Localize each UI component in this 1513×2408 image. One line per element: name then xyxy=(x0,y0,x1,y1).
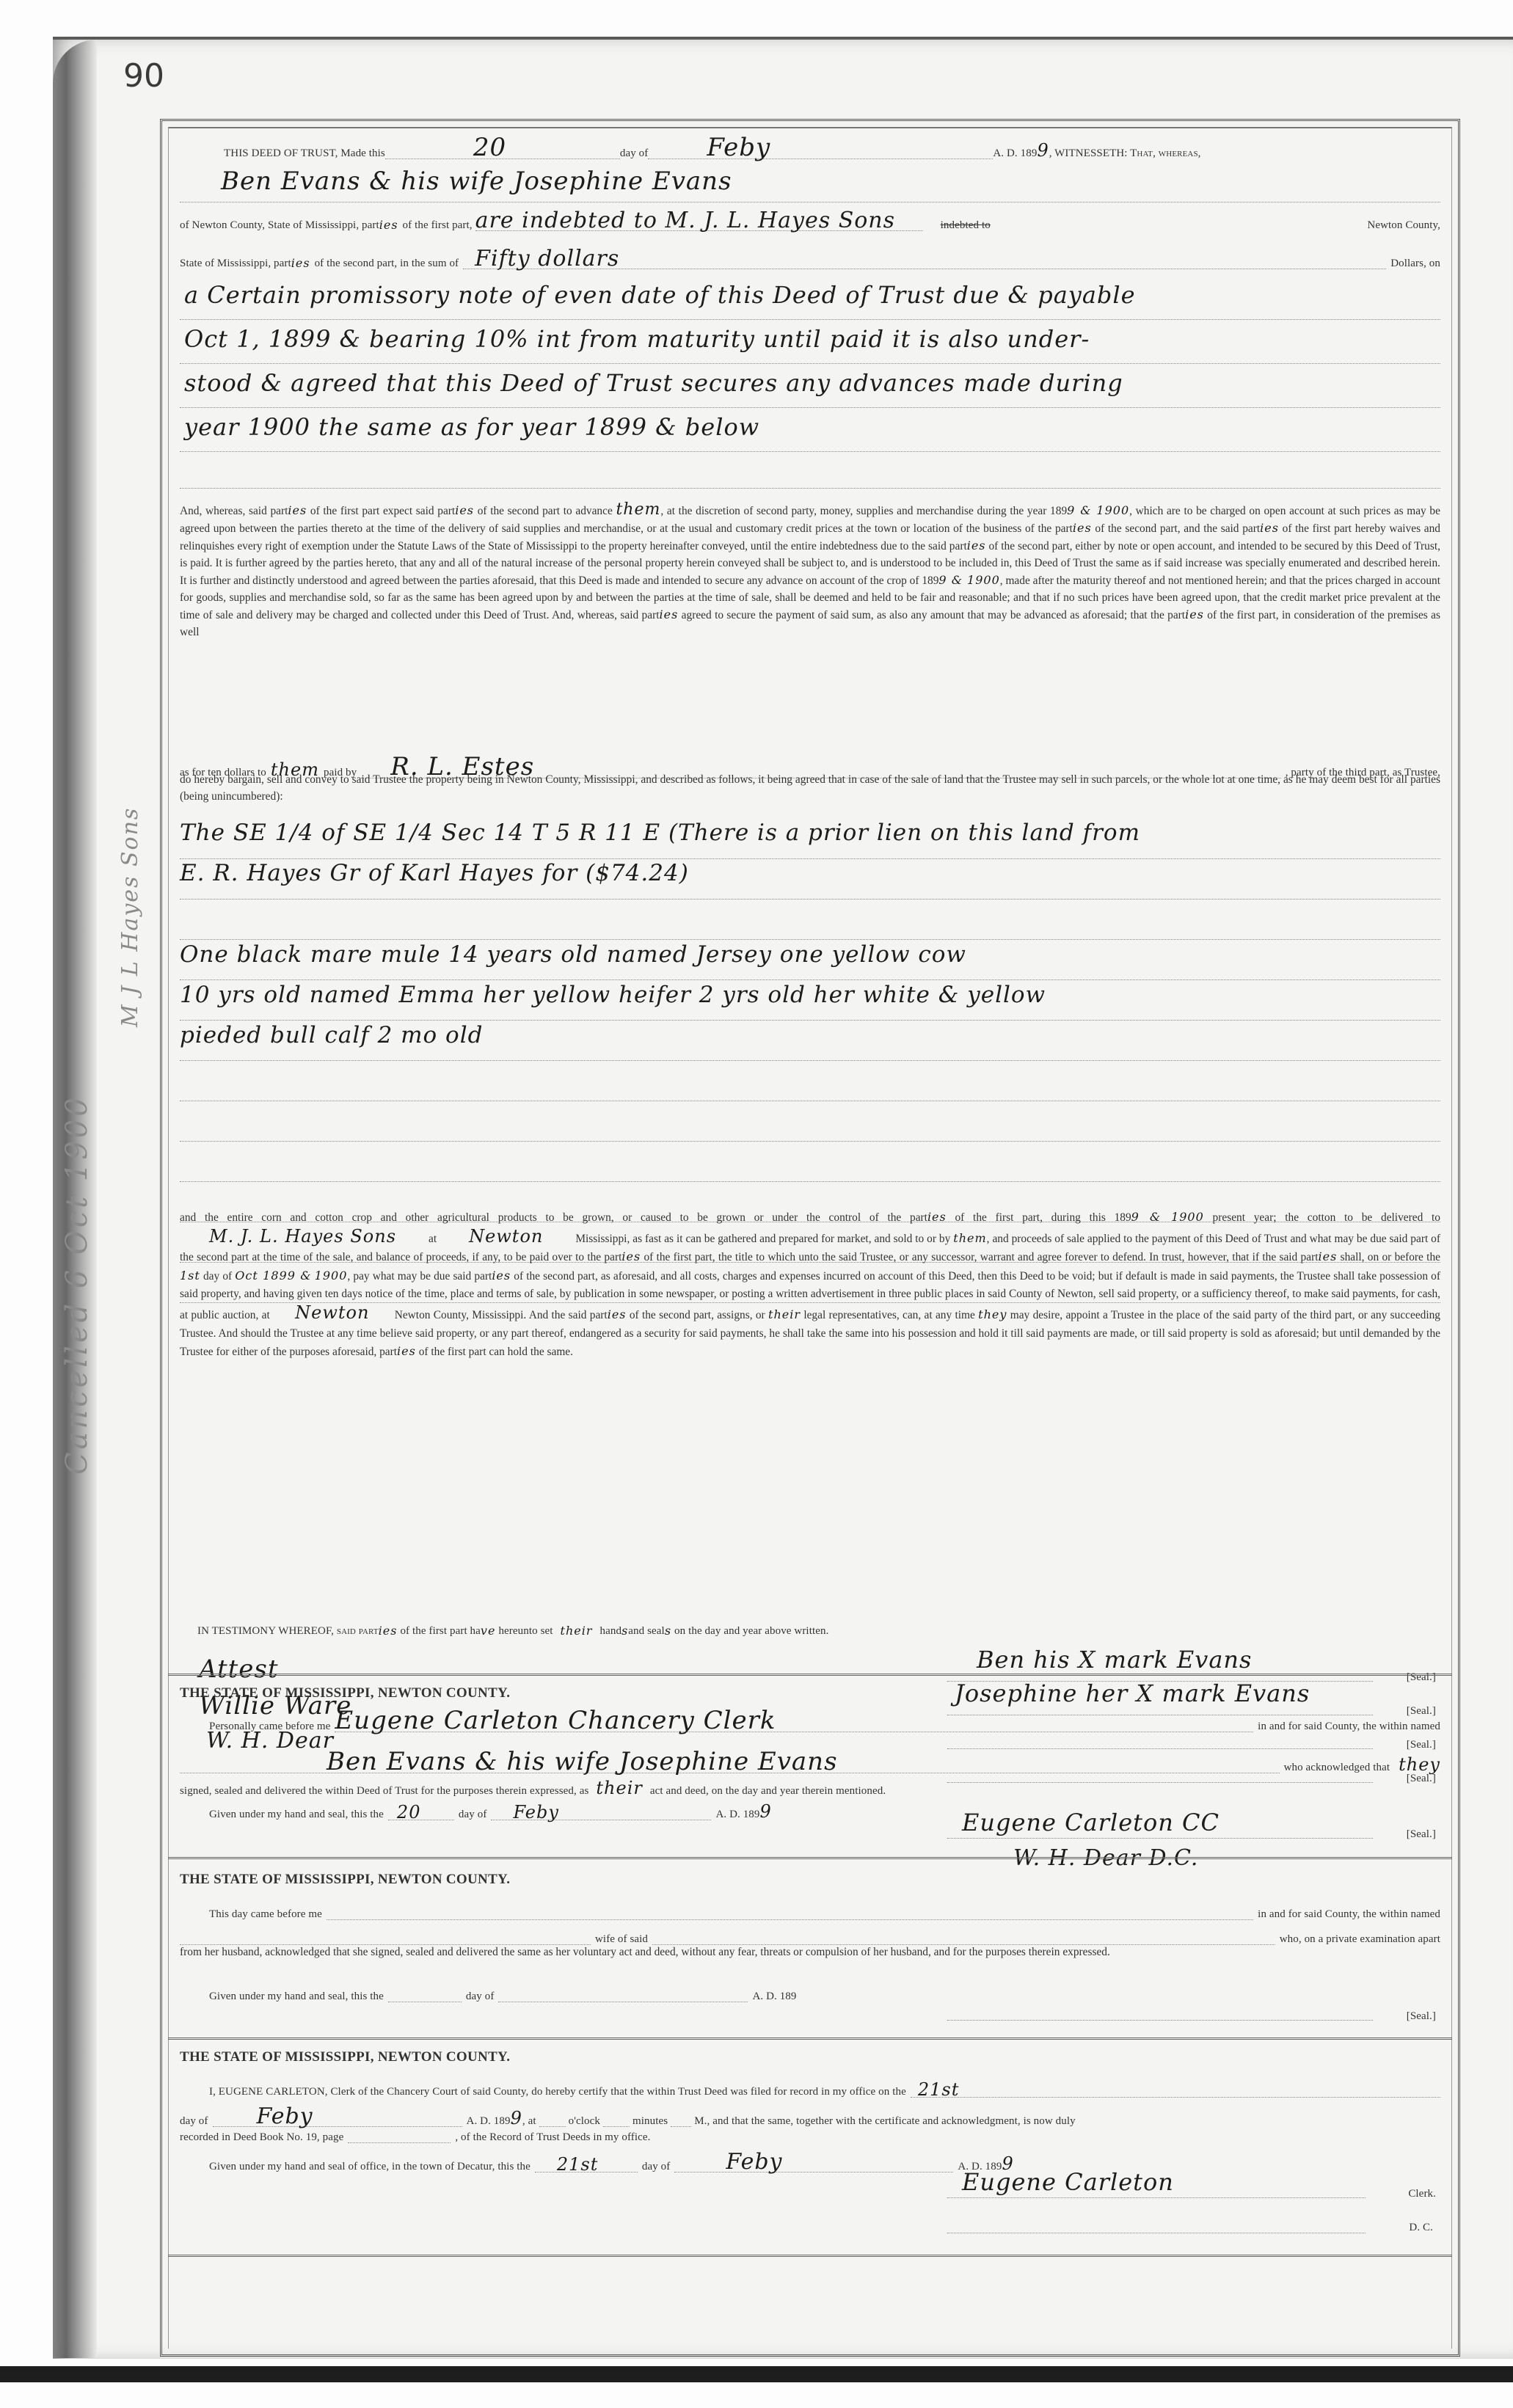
livestock-line-3: pieded bull calf 2 mo old xyxy=(180,1022,483,1048)
label-day-of: day of xyxy=(620,148,649,159)
seal-2: [Seal.] xyxy=(1407,1706,1436,1717)
terms-line-2: Oct 1, 1899 & bearing 10% int from matur… xyxy=(184,325,1090,353)
livestock-line-2: 10 yrs old named Emma her yellow heifer … xyxy=(180,982,1046,1008)
terms-line-4: year 1900 the same as for year 1899 & be… xyxy=(184,413,759,441)
ack2-line1: This day came before me in and for said … xyxy=(209,1908,1440,1920)
signature-2: Josephine her X mark Evans xyxy=(955,1679,1310,1707)
ack2-officer-field xyxy=(327,1908,1253,1920)
terms-line-1: a Certain promissory note of even date o… xyxy=(184,281,1136,309)
livestock-line-1: One black mare mule 14 years old named J… xyxy=(180,941,966,968)
sum-field: Fifty dollars xyxy=(463,258,1386,269)
ack2-title: THE STATE OF MISSISSIPPI, NEWTON COUNTY. xyxy=(180,1872,510,1888)
form-bottom-border xyxy=(168,2255,1452,2257)
ack2-paragraph: from her husband, acknowledged that she … xyxy=(180,1944,1440,1960)
ack1-line3: signed, sealed and delivered the within … xyxy=(180,1779,1440,1797)
testimony-line: IN TESTIMONY WHEREOF, said parties of th… xyxy=(197,1625,1440,1637)
cert-line1: I, EUGENE CARLETON, Clerk of the Chancer… xyxy=(209,2086,1440,2098)
whereas-paragraph: And, whereas, said parties of the first … xyxy=(180,501,1440,641)
cert-page-field xyxy=(348,2131,451,2143)
property-line-1: The SE 1/4 of SE 1/4 Sec 14 T 5 R 11 E (… xyxy=(180,820,1140,846)
ack2-seal: [Seal.] xyxy=(1407,2011,1436,2022)
deed-month-field: Feby xyxy=(648,147,993,159)
convey-paragraph: do hereby bargain, sell and convey to sa… xyxy=(180,771,1440,805)
ack1-officer-field: Eugene Carleton Chancery Clerk xyxy=(335,1721,1253,1732)
label-made-this: THIS DEED OF TRUST, Made this xyxy=(224,148,385,159)
section-separator xyxy=(168,2037,1452,2040)
section-separator xyxy=(168,1857,1452,1859)
seal-3: [Seal.] xyxy=(1407,1740,1436,1751)
property-line-2: E. R. Hayes Gr of Karl Hayes for ($74.24… xyxy=(180,860,689,886)
ack1-signature: Eugene Carleton CC xyxy=(962,1809,1219,1836)
ack1-line1: Personally came before me Eugene Carleto… xyxy=(209,1721,1440,1732)
creditor-field: are indebted to M. J. L. Hayes Sons xyxy=(475,219,923,231)
dc-label: D. C. xyxy=(1409,2222,1433,2233)
label-witnesseth: , WITNESSETH: That, whereas, xyxy=(1049,148,1201,159)
cert-signature: Eugene Carleton xyxy=(962,2168,1174,2196)
sum-line: State of Mississippi, part ies of the se… xyxy=(180,258,1440,269)
grantor-rule xyxy=(180,202,1440,203)
auction-place: Newton xyxy=(295,1302,369,1323)
attest-label: Attest xyxy=(199,1654,279,1684)
grantor-names: Ben Evans & his wife Josephine Evans xyxy=(221,167,732,196)
terms-line-3: stood & agreed that this Deed of Trust s… xyxy=(184,369,1123,397)
cert-given-line: Given under my hand and seal of office, … xyxy=(209,2155,1440,2172)
page-bottom-edge xyxy=(0,2366,1513,2382)
section-separator xyxy=(168,1674,1452,1676)
cert-line3: recorded in Deed Book No. 19, page , of … xyxy=(180,2131,1440,2143)
ack1-given-line: Given under my hand and seal, this the 2… xyxy=(209,1803,1440,1820)
signature-1: Ben his X mark Evans xyxy=(977,1646,1252,1674)
indebted-line: of Newton County, State of Mississippi, … xyxy=(180,219,1440,231)
delivery-place: Newton xyxy=(469,1226,543,1247)
deed-year-digit: 9 xyxy=(1037,142,1049,159)
cert-title: THE STATE OF MISSISSIPPI, NEWTON COUNTY. xyxy=(180,2049,510,2065)
ack2-given-line: Given under my hand and seal, this the d… xyxy=(209,1991,1440,2002)
clerk-label: Clerk. xyxy=(1408,2189,1436,2200)
deed-date-line: THIS DEED OF TRUST, Made this 20 day of … xyxy=(180,142,1440,159)
margin-note-cancelled: Cancelled 6 Oct 1900 xyxy=(60,1095,94,1475)
ack1-title: THE STATE OF MISSISSIPPI, NEWTON COUNTY. xyxy=(180,1685,510,1701)
due-month: Oct 1899 & xyxy=(235,1269,311,1283)
ack1-line2: Ben Evans & his wife Josephine Evans who… xyxy=(180,1756,1440,1773)
ack1-parties-field: Ben Evans & his wife Josephine Evans xyxy=(180,1762,1280,1773)
due-day: 1st xyxy=(180,1269,200,1283)
deed-day-field: 20 xyxy=(385,147,620,159)
delivery-recipient: M. J. L. Hayes Sons xyxy=(209,1226,396,1247)
ack1-seal: [Seal.] xyxy=(1407,1829,1436,1840)
page-number: 90 xyxy=(123,57,164,95)
cert-line2: day of Feby A. D. 1899, at o'clock minut… xyxy=(180,2109,1440,2127)
crop-paragraph: and the entire corn and cotton crop and … xyxy=(180,1208,1440,1362)
deed-form: THIS DEED OF TRUST, Made this 20 day of … xyxy=(160,119,1460,2357)
margin-note-hayes: M J L Hayes Sons xyxy=(117,807,143,1027)
label-ad: A. D. 189 xyxy=(993,148,1037,159)
